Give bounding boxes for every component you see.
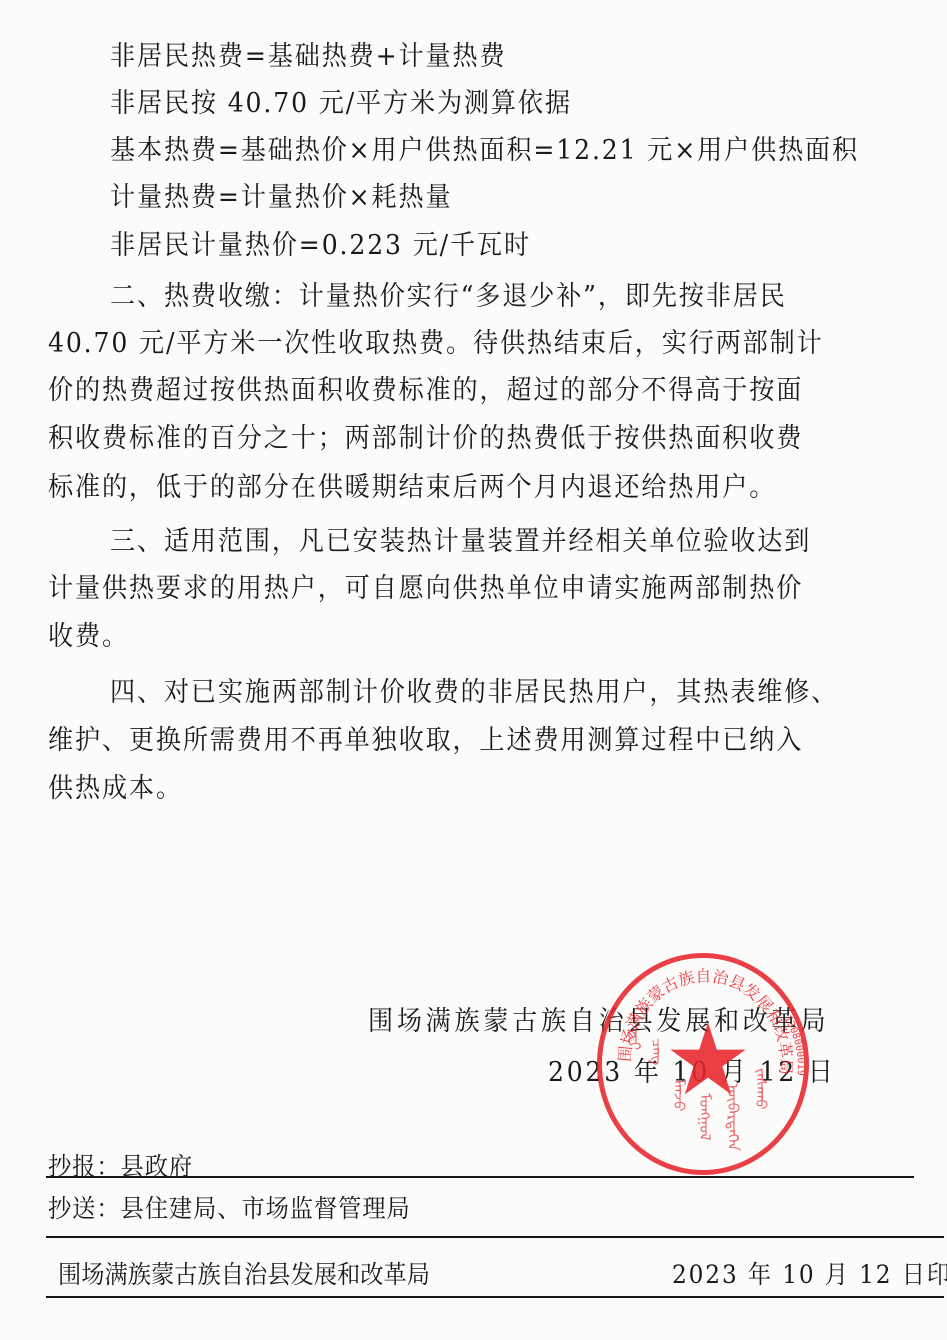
seal-mongolian-text: ᠴᠠᠩ: [644, 1038, 670, 1065]
section-2-paragraph-line: 积收费标准的百分之十；两部制计价的热费低于按供热面积收费: [48, 422, 803, 456]
formula-line: 计量热费=计量热价×耗热量: [110, 181, 452, 215]
print-organization: 围场满族蒙古族自治县发展和改革局: [58, 1258, 430, 1292]
seal-mongolian-text: ᠥᠪᠡᠷᠲᠡᠭᠡᠨ: [720, 1083, 746, 1151]
print-date: 2023 年 10 月 12 日印: [672, 1258, 947, 1292]
section-3-paragraph-line: 收费。: [48, 620, 129, 654]
section-2-paragraph-line: 价的热费超过按供热面积收费标准的，超过的部分不得高于按面: [48, 374, 803, 408]
seal-mongolian-text: ᠮᠣᠩᠭᠣᠯ: [692, 1093, 718, 1140]
section-4-paragraph-line: 维护、更换所需费用不再单独收取，上述费用测算过程中已纳入: [48, 724, 803, 758]
seal-mongolian-text: ᠮᠠᠨᠵᠤ: [666, 1078, 692, 1111]
divider: [46, 1176, 914, 1178]
cc-send-label: 抄送：县住建局、市场监督管理局: [48, 1192, 411, 1226]
section-2-paragraph-line: 40.70 元/平方米一次性收取热费。待供热结束后，实行两部制计: [48, 327, 824, 361]
cc-report-label: 抄报：县政府: [48, 1150, 193, 1184]
seal-mongolian-text: ᠵᠠᠰᠠᠬᠤ: [748, 1068, 774, 1110]
section-3-paragraph-line: 计量供热要求的用热户，可自愿向供热单位申请实施两部制热价: [48, 572, 803, 606]
section-4-paragraph-line: 四、对已实施两部制计价收费的非居民热用户，其热表维修、: [110, 676, 838, 710]
section-2-paragraph-line: 二、热费收缴：计量热价实行“多退少补”，即先按非居民: [110, 280, 787, 314]
formula-line: 非居民计量热价=0.223 元/千瓦时: [110, 229, 531, 263]
divider: [46, 1236, 944, 1238]
section-4-paragraph-line: 供热成本。: [48, 772, 183, 806]
section-3-paragraph-line: 三、适用范围，凡已安装热计量装置并经相关单位验收达到: [110, 525, 811, 559]
formula-line: 非居民热费=基础热费+计量热费: [110, 40, 506, 74]
section-2-paragraph-line: 标准的，低于的部分在供暖期结束后两个月内退还给热用户。: [48, 471, 776, 505]
formula-line: 非居民按 40.70 元/平方米为测算依据: [110, 87, 572, 121]
official-seal: 围场满族蒙古族自治县发展和改革局 1308000019 ᠸᠧᠢ ᠴᠠᠩ ᠮᠠᠨᠵ…: [597, 953, 809, 1175]
formula-line: 基本热费=基础热价×用户供热面积=12.21 元×用户供热面积: [110, 134, 859, 168]
divider: [46, 1296, 944, 1298]
